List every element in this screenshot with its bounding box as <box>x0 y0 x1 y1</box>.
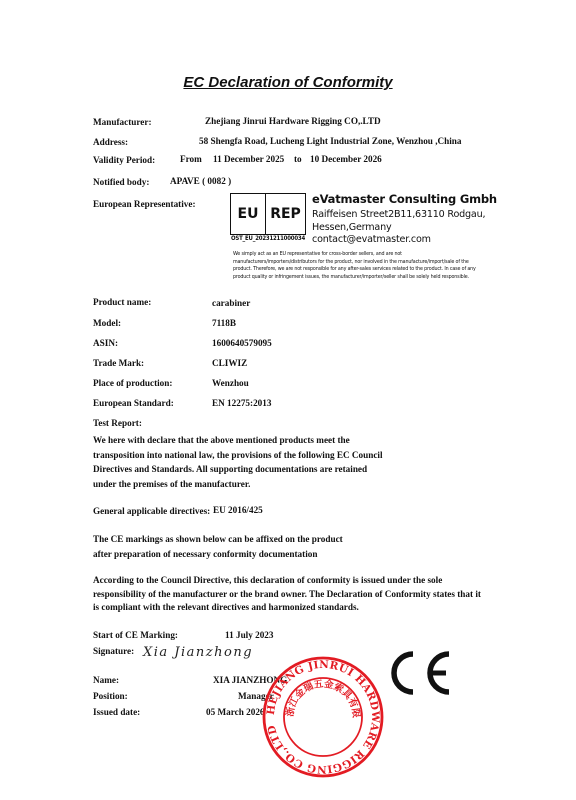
asin-label: ASIN: <box>93 338 118 348</box>
notified-body-value: APAVE ( 0082 ) <box>170 176 231 186</box>
asin-value: 1600640579095 <box>212 338 272 348</box>
council-paragraph: According to the Council Directive, this… <box>93 574 488 615</box>
eu-rep-disclaimer: We simply act as an EU representative fo… <box>233 251 478 281</box>
address-label: Address: <box>93 137 128 147</box>
address-value: 58 Shengfa Road, Lucheng Light Industria… <box>199 136 462 146</box>
eu-rep-company: eVatmaster Consulting Gmbh <box>312 192 497 206</box>
model-label: Model: <box>93 318 121 328</box>
signature-handwriting: Xia Jianzhong <box>143 645 253 660</box>
declaration-paragraph: We here with declare that the above ment… <box>93 433 383 491</box>
validity-from-label: From <box>180 154 202 164</box>
european-standard-label: European Standard: <box>93 398 174 408</box>
issued-date-label: Issued date: <box>93 707 140 717</box>
manufacturer-value: Zhejiang Jinrui Hardware Rigging CO,.LTD <box>205 116 381 126</box>
product-name-label: Product name: <box>93 297 151 307</box>
position-label: Position: <box>93 691 128 701</box>
start-ce-value: 11 July 2023 <box>225 630 274 640</box>
validity-label: Validity Period: <box>93 155 155 165</box>
issued-date-value: 05 March 2026 <box>206 707 265 717</box>
company-stamp-icon: ZHEJIANG JINRUI HARDWARE RIGGING CO.,LTD… <box>262 656 384 778</box>
signature-label: Signature: <box>93 646 134 656</box>
directives-value: EU 2016/425 <box>213 505 263 515</box>
eu-rep-address-1: Raiffeisen Street2B11,63110 Rodgau, <box>312 209 485 220</box>
place-of-production-value: Wenzhou <box>212 378 249 388</box>
eu-rep-email: contact@evatmaster.com <box>312 234 431 245</box>
model-value: 7118B <box>212 318 236 328</box>
product-name-value: carabiner <box>212 298 250 308</box>
european-standard-value: EN 12275:2013 <box>212 398 271 408</box>
test-report-label: Test Report: <box>93 418 142 428</box>
trade-mark-label: Trade Mark: <box>93 358 144 368</box>
trade-mark-value: CLIWIZ <box>212 358 247 368</box>
eu-rep-address-2: Hessen,Germany <box>312 222 391 233</box>
validity-from-date: 11 December 2025 <box>213 154 284 164</box>
manufacturer-label: Manufacturer: <box>93 117 152 127</box>
notified-body-label: Notified body: <box>93 177 149 187</box>
directives-label: General applicable directives: <box>93 506 210 516</box>
rep-badge-text: REP <box>266 194 305 234</box>
ce-mark-icon <box>385 648 455 698</box>
validity-to-label: to <box>294 154 302 164</box>
eu-badge-text: EU <box>231 194 266 234</box>
eu-rep-badge: EU REP <box>230 193 306 235</box>
ce-paragraph: The CE markings as shown below can be af… <box>93 532 343 561</box>
place-of-production-label: Place of production: <box>93 378 172 388</box>
eu-rep-label: European Representative: <box>93 199 196 209</box>
eu-rep-registration: OST_EU_20231211000034 <box>231 235 305 242</box>
document-title: EC Declaration of Conformity <box>0 74 576 91</box>
validity-to-date: 10 December 2026 <box>310 154 382 164</box>
start-ce-label: Start of CE Marking: <box>93 630 178 640</box>
name-label: Name: <box>93 675 119 685</box>
